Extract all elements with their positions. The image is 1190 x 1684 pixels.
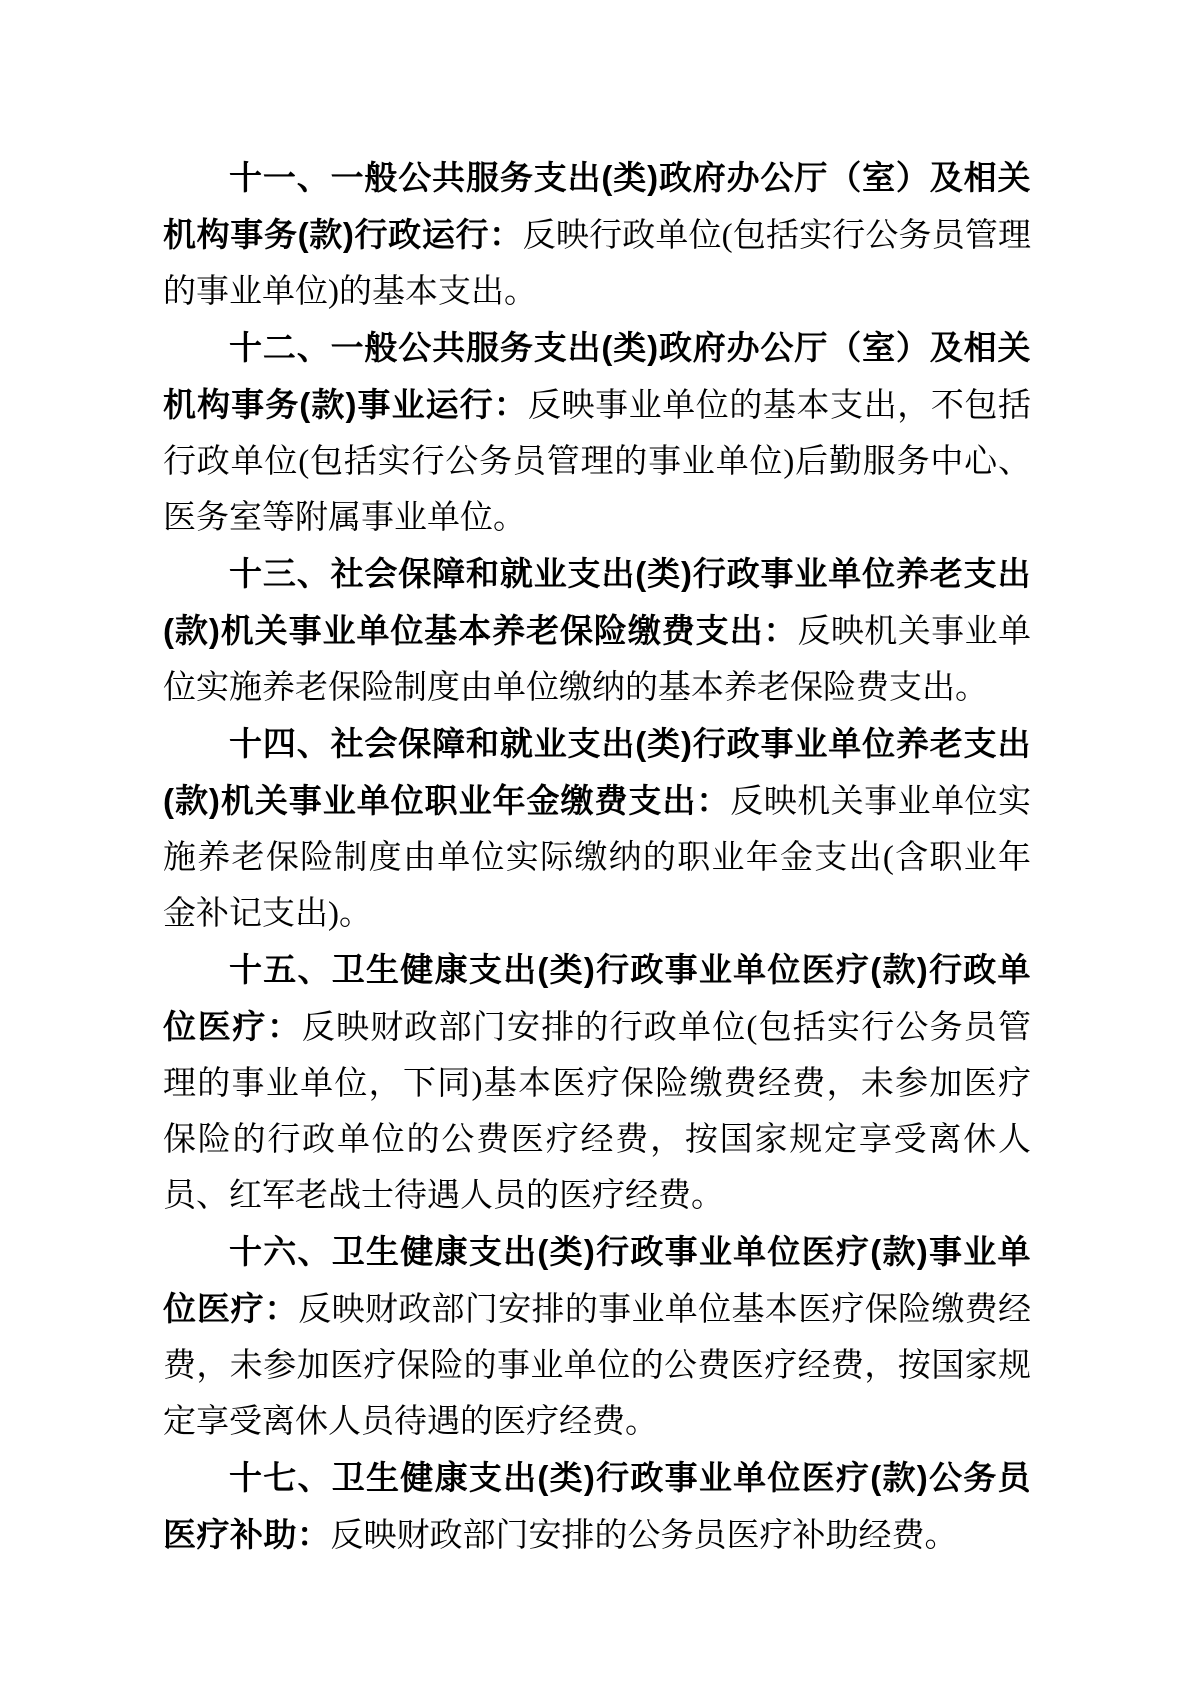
clause-paragraph-14: 十四、社会保障和就业支出(类)行政事业单位养老支出(款)机关事业单位职业年金缴费… — [163, 716, 1031, 942]
document-page: 十一、一般公共服务支出(类)政府办公厅（室）及相关机构事务(款)行政运行：反映行… — [0, 0, 1190, 1684]
clause-paragraph-12: 十二、一般公共服务支出(类)政府办公厅（室）及相关机构事务(款)事业运行：反映事… — [163, 320, 1031, 546]
clause-paragraph-13: 十三、社会保障和就业支出(类)行政事业单位养老支出(款)机关事业单位基本养老保险… — [163, 546, 1031, 716]
clause-paragraph-15: 十五、卫生健康支出(类)行政事业单位医疗(款)行政单位医疗：反映财政部门安排的行… — [163, 942, 1031, 1224]
clause-paragraph-16: 十六、卫生健康支出(类)行政事业单位医疗(款)事业单位医疗：反映财政部门安排的事… — [163, 1224, 1031, 1450]
clause-paragraph-17: 十七、卫生健康支出(类)行政事业单位医疗(款)公务员医疗补助：反映财政部门安排的… — [163, 1450, 1031, 1564]
clause-body: 反映财政部门安排的公务员医疗补助经费。 — [331, 1518, 958, 1554]
document-body: 十一、一般公共服务支出(类)政府办公厅（室）及相关机构事务(款)行政运行：反映行… — [163, 150, 1031, 1564]
clause-paragraph-11: 十一、一般公共服务支出(类)政府办公厅（室）及相关机构事务(款)行政运行：反映行… — [163, 150, 1031, 320]
